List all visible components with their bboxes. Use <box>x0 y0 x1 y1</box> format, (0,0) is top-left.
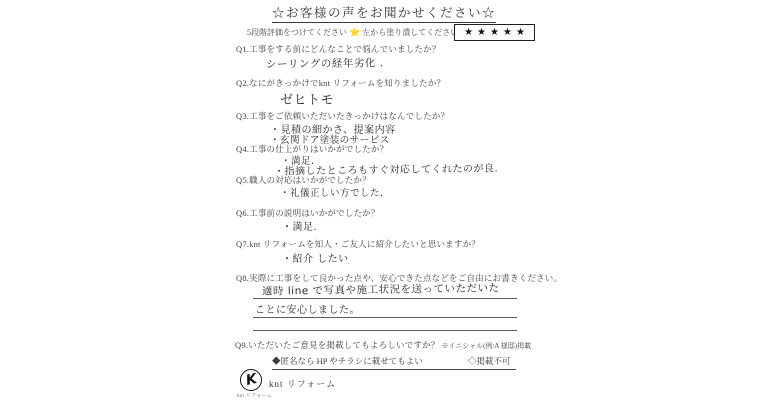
page-title-row: ☆お客様の声をお聞かせください☆ <box>0 3 768 23</box>
q8-answer-line-1: 適時 line で写真や施工状況を送っていただいた <box>262 280 500 298</box>
rating-instruction-pre: 5段階評価をつけてください <box>247 27 347 38</box>
answer-rule-3 <box>253 330 517 331</box>
q1-answer: シーリングの経年劣化 . <box>266 55 384 72</box>
q9-label: Q9.いただいたご意見を掲載してもよろしいですか？ <box>235 339 440 351</box>
company-logo: K <box>240 369 262 391</box>
q9-option-no-publish: ◇掲載不可 <box>468 355 511 367</box>
logo-caption: knt リフォーム <box>237 392 272 399</box>
q5-answer: ・礼儀正しい方でした. <box>280 185 384 199</box>
company-name: knt リフォーム <box>269 377 336 390</box>
q1-label: Q1.工事をする前にどんなことで悩んでいましたか？ <box>236 43 441 55</box>
q8-answer-line-2: ことに安心しました。 <box>255 301 360 316</box>
page-title: ☆お客様の声をお聞かせください☆ <box>272 3 496 23</box>
q2-answer: ゼヒトモ <box>280 89 334 108</box>
q9-options: ◆匿名なら HP やチラシに載せてもよい ◇掲載不可 <box>272 355 516 370</box>
logo-k-mark: K <box>244 372 258 388</box>
q7-label: Q7.knt リフォームを知人・ご友人に紹介したいと思いますか？ <box>236 238 480 250</box>
q9-option-anonymous: ◆匿名なら HP やチラシに載せてもよい <box>272 355 423 367</box>
q9-row: Q9.いただいたご意見を掲載してもよろしいですか？ ※イニシャル(例:A 様邸)… <box>235 339 531 351</box>
rating-instruction: 5段階評価をつけてください ⭐ 左から塗り潰してください。 <box>247 27 466 38</box>
gold-star-icon: ⭐ <box>349 28 360 38</box>
rating-instruction-post: 左から塗り潰してください。 <box>362 27 466 38</box>
answer-rule-1 <box>253 298 517 299</box>
q6-answer: ・満足. <box>282 218 317 233</box>
q9-note: ※イニシャル(例:A 様邸)掲載 <box>442 341 532 351</box>
star-rating-box: ★★★★★ <box>454 24 535 41</box>
answer-rule-2 <box>253 317 517 318</box>
star-rating-value: ★★★★★ <box>460 28 529 38</box>
q2-label: Q2.なにがきっかけでknt リフォームを知りましたか？ <box>236 77 445 89</box>
survey-sheet: ☆お客様の声をお聞かせください☆ 5段階評価をつけてください ⭐ 左から塗り潰し… <box>0 0 768 403</box>
q7-answer: ・紹介 したい <box>282 250 349 265</box>
